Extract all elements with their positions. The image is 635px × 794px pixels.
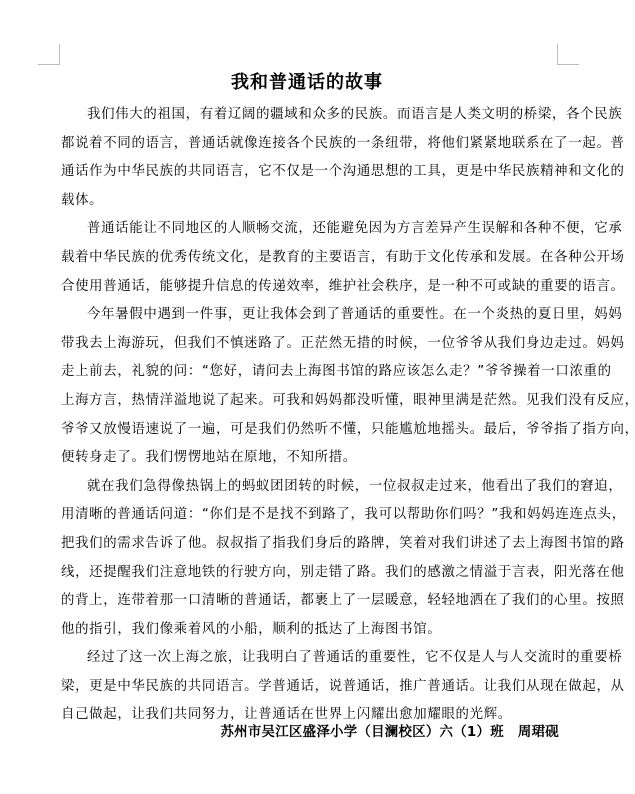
author-signature: 苏州市吴江区盛泽小学（目澜校区）六（1）班周珺砚: [220, 722, 559, 744]
text-line: 普通话能让不同地区的人顺畅交流，还能避免因为方言差异产生误解和各种不便，它承: [61, 215, 561, 244]
signature-school: 苏州市吴江区盛泽小学（目澜校区）六（1）班: [220, 725, 503, 740]
text-line: 爷爷又放慢语速说了一遍，可是我们仍然听不懂，只能尴尬地摇头。最后，爷爷指了指方向…: [61, 416, 561, 445]
paragraph-2: 普通话能让不同地区的人顺畅交流，还能避免因为方言差异产生误解和各种不便，它承 载…: [61, 215, 561, 301]
paragraph-1: 我们伟大的祖国，有着辽阔的疆域和众多的民族。而语言是人类文明的桥梁，各个民族 都…: [61, 101, 561, 215]
paragraph-3: 今年暑假中遇到一件事，更让我体会到了普通话的重要性。在一个炎热的夏日里，妈妈 带…: [61, 301, 561, 473]
text-line: 用清晰的普通话问道：“你们是不是找不到路了，我可以帮助你们吗？”我和妈妈连连点头…: [61, 501, 561, 530]
paragraph-5: 经过了这一次上海之旅，让我明白了普通话的重要性，它不仅是人与人交流时的重要桥 梁…: [61, 644, 561, 730]
text-line: 经过了这一次上海之旅，让我明白了普通话的重要性，它不仅是人与人交流时的重要桥: [61, 644, 561, 673]
signature-author: 周珺砚: [518, 725, 559, 740]
text-line: 合使用普通话，能够提升信息的传递效率，维护社会秩序，是一种不可或缺的重要的语言。: [61, 273, 561, 302]
text-line: 的背上，连带着那一口清晰的普通话，都裹上了一层暖意，轻轻地洒在了我们的心里。按照: [61, 587, 561, 616]
margin-corner-mark-top-right: [557, 44, 579, 65]
document-body: 我们伟大的祖国，有着辽阔的疆域和众多的民族。而语言是人类文明的桥梁，各个民族 都…: [61, 101, 561, 730]
margin-corner-mark-top-left: [38, 44, 60, 65]
text-line: 就在我们急得像热锅上的蚂蚁团团转的时候，一位叔叔走过来，他看出了我们的窘迫，: [61, 473, 561, 502]
text-line: 载着中华民族的优秀传统文化，是教育的主要语言，有助于文化传承和发展。在各种公开场: [61, 244, 561, 273]
text-line: 他的指引，我们像乘着风的小船，顺利的抵达了上海图书馆。: [61, 616, 561, 645]
text-line: 便转身走了。我们愣愣地站在原地，不知所措。: [61, 444, 561, 473]
text-line: 走上前去，礼貌的问：“您好，请问去上海图书馆的路应该怎么走？”爷爷操着一口浓重的: [61, 358, 561, 387]
paragraph-4: 就在我们急得像热锅上的蚂蚁团团转的时候，一位叔叔走过来，他看出了我们的窘迫， 用…: [61, 473, 561, 645]
text-line: 载体。: [61, 187, 561, 216]
text-line: 线，还提醒我们注意地铁的行驶方向，别走错了路。我们的感激之情溢于言表，阳光落在他: [61, 559, 561, 588]
text-line: 今年暑假中遇到一件事，更让我体会到了普通话的重要性。在一个炎热的夏日里，妈妈: [61, 301, 561, 330]
text-line: 通话作为中华民族的共同语言，它不仅是一个沟通思想的工具，更是中华民族精神和文化的: [61, 158, 561, 187]
text-line: 把我们的需求告诉了他。叔叔指了指我们身后的路牌，笑着对我们讲述了去上海图书馆的路: [61, 530, 561, 559]
text-line: 都说着不同的语言，普通话就像连接各个民族的一条纽带，将他们紧紧地联系在了一起。普: [61, 130, 561, 159]
text-line: 带我去上海游玩，但我们不慎迷路了。正茫然无措的时候，一位爷爷从我们身边走过。妈妈: [61, 330, 561, 359]
text-line: 上海方言，热情洋溢地说了起来。可我和妈妈都没听懂，眼神里满是茫然。见我们没有反应…: [61, 387, 561, 416]
document-title: 我和普通话的故事: [0, 71, 614, 95]
text-line: 梁，更是中华民族的共同语言。学普通话，说普通话，推广普通话。让我们从现在做起，从: [61, 673, 561, 702]
document-page: 我和普通话的故事 我们伟大的祖国，有着辽阔的疆域和众多的民族。而语言是人类文明的…: [0, 0, 635, 794]
text-line: 我们伟大的祖国，有着辽阔的疆域和众多的民族。而语言是人类文明的桥梁，各个民族: [61, 101, 561, 130]
